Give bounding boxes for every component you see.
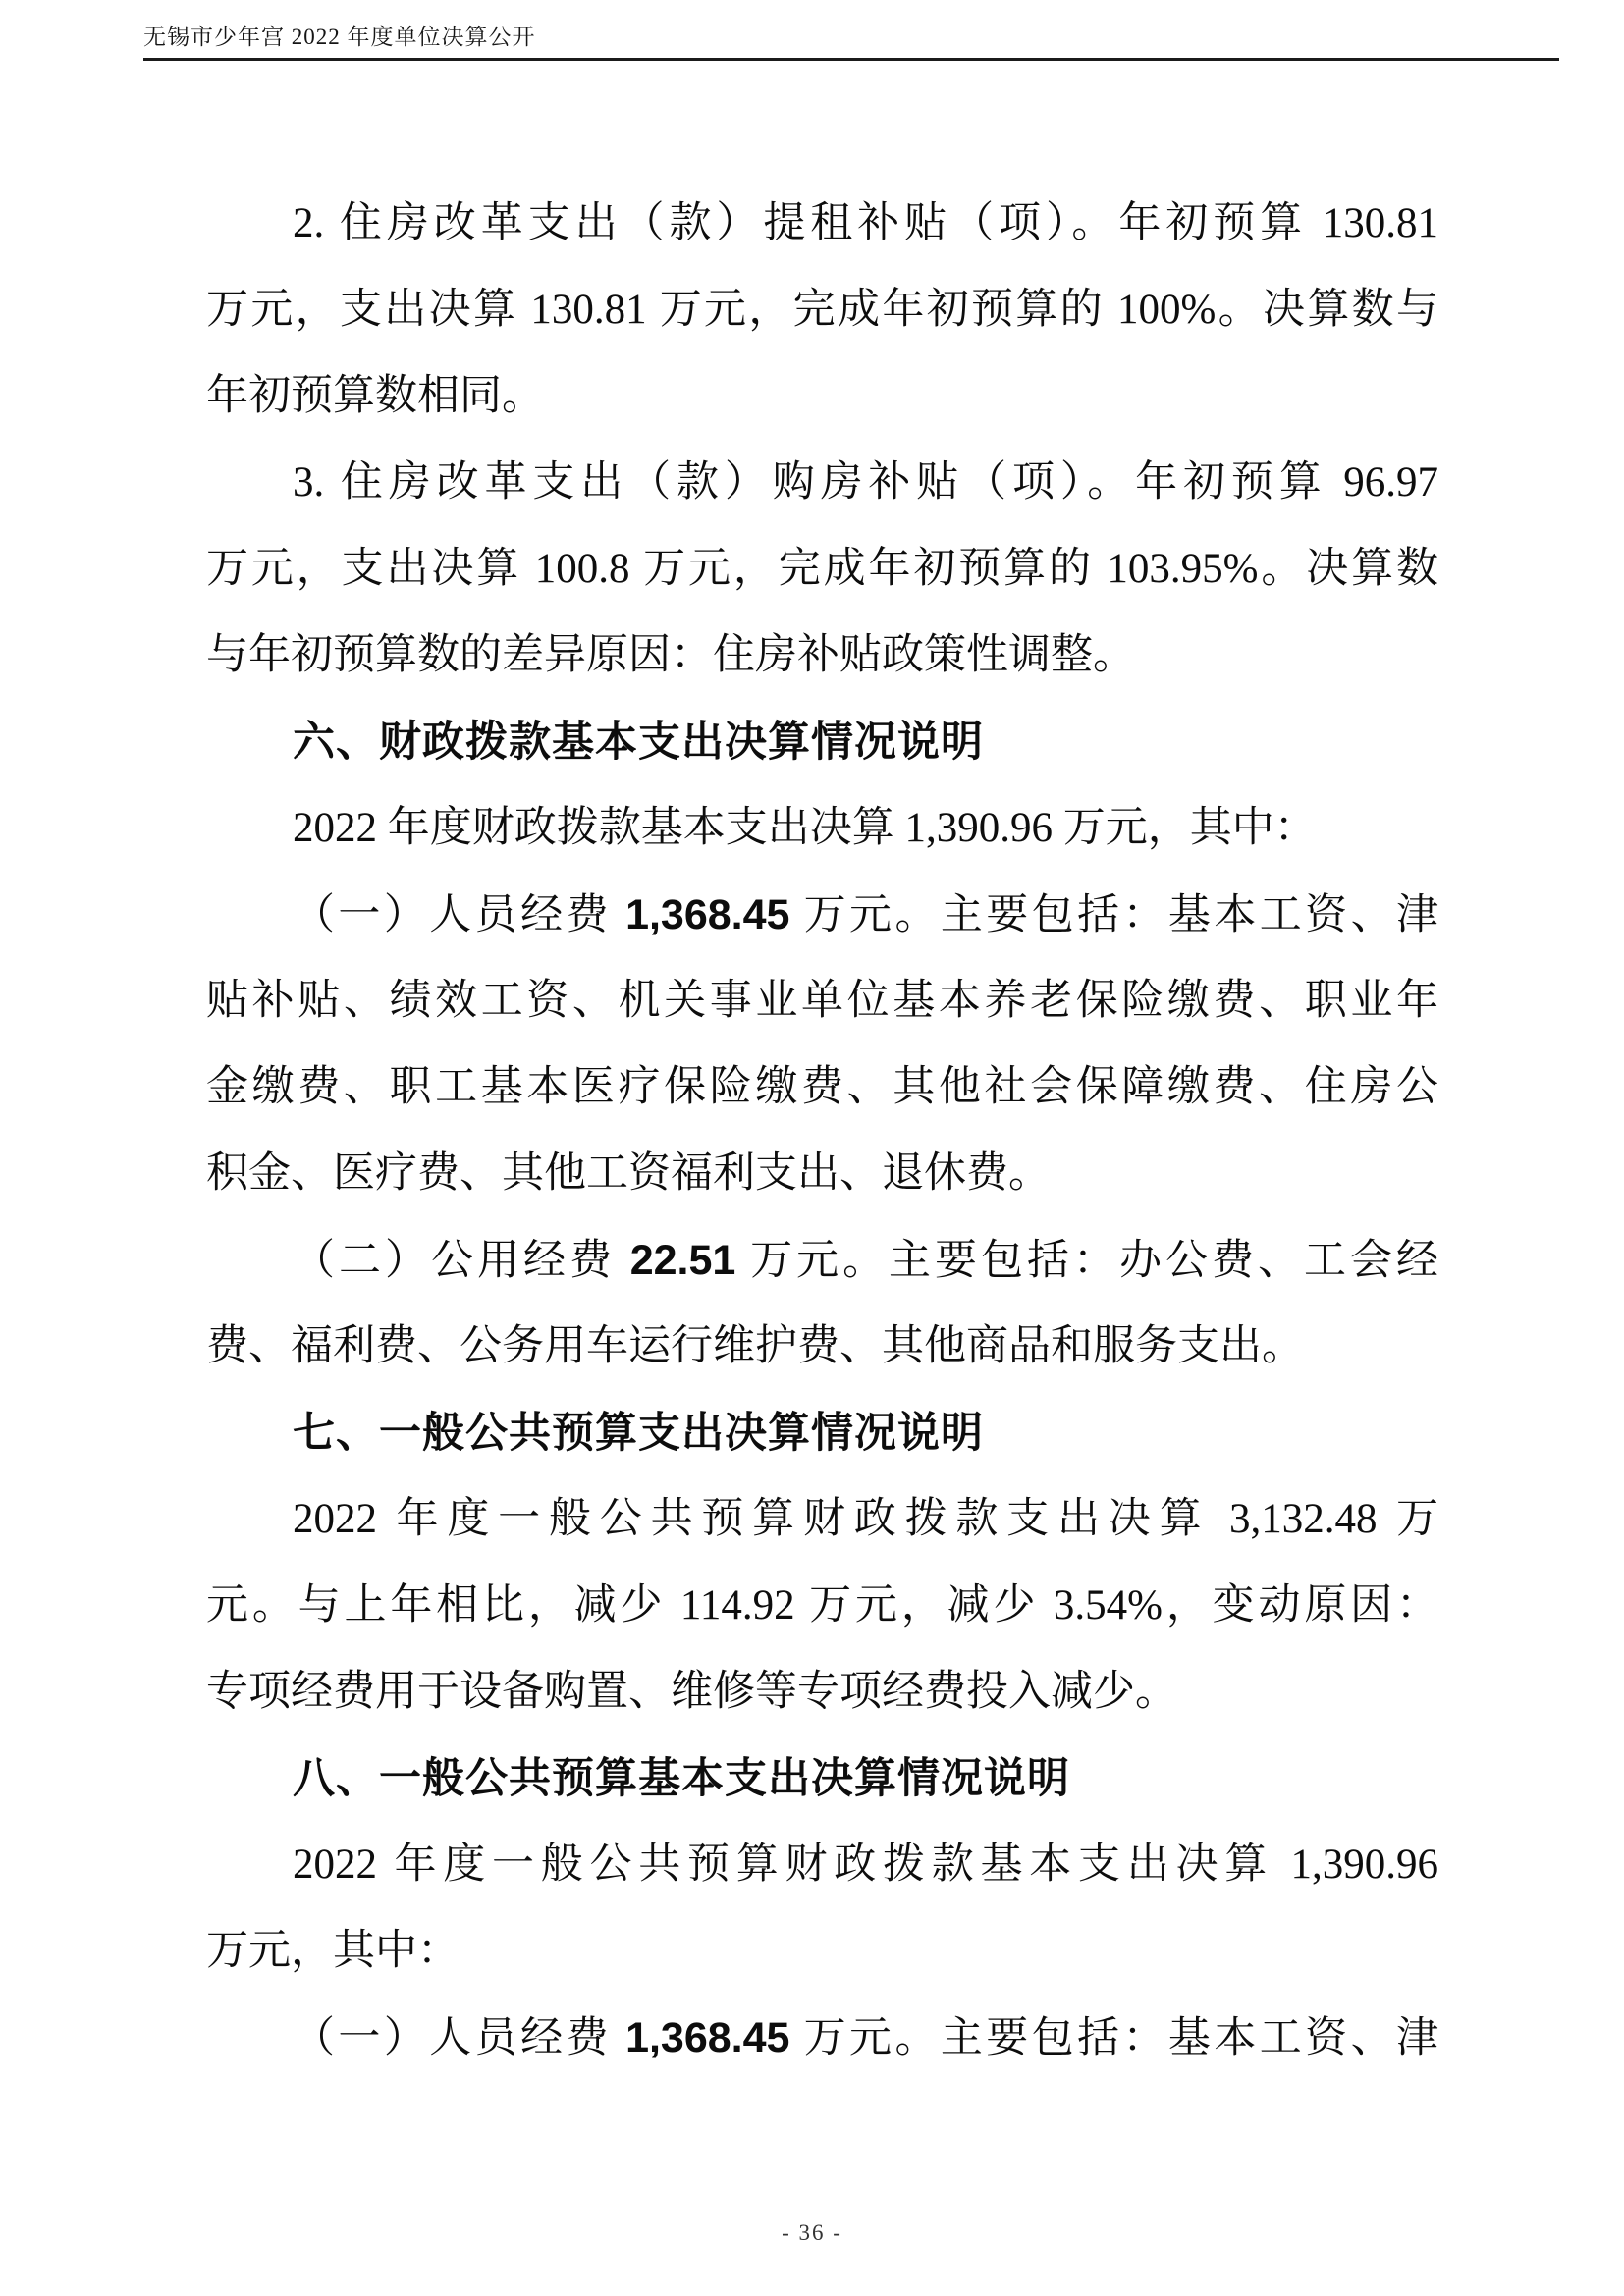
text-run: 积金、医疗费、其他工资福利支出、退休费。 xyxy=(206,1150,1051,1197)
page-header: 无锡市少年宫 2022 年度单位决算公开 xyxy=(143,26,1559,61)
text-run: 年初预算数相同。 xyxy=(206,373,544,419)
paragraph-line: 万元，支出决算 100.8 万元，完成年初预算的 103.95%。决算数 xyxy=(206,526,1438,613)
paragraph-line: 费、福利费、公务用车运行维护费、其他商品和服务支出。 xyxy=(206,1304,1438,1390)
paragraph-line: 2022 年度财政拨款基本支出决算 1,390.96 万元，其中： xyxy=(206,785,1438,872)
paragraph-line: 2. 住房改革支出（款）提租补贴（项）。年初预算 130.81 xyxy=(206,181,1438,267)
text-run: 金缴费、职工基本医疗保险缴费、其他社会保障缴费、住房公 xyxy=(206,1064,1438,1110)
section-heading: 八、一般公共预算基本支出决算情况说明 xyxy=(206,1735,1438,1822)
document-page: 无锡市少年宫 2022 年度单位决算公开 2. 住房改革支出（款）提租补贴（项）… xyxy=(0,0,1624,2296)
section-heading: 七、一般公共预算支出决算情况说明 xyxy=(206,1390,1438,1476)
page-number: - 36 - xyxy=(0,2220,1624,2246)
paragraph-line: 万元，其中： xyxy=(206,1908,1438,1995)
text-run: 费、福利费、公务用车运行维护费、其他商品和服务支出。 xyxy=(206,1323,1304,1369)
text-run: （二）公用经费 xyxy=(293,1238,630,1284)
text-run: 七、一般公共预算支出决算情况说明 xyxy=(293,1410,984,1457)
text-run: 万元。主要包括：基本工资、津 xyxy=(789,2015,1438,2061)
paragraph-line: 3. 住房改革支出（款）购房补贴（项）。年初预算 96.97 xyxy=(206,440,1438,526)
paragraph-line: 贴补贴、绩效工资、机关事业单位基本养老保险缴费、职业年 xyxy=(206,958,1438,1044)
paragraph-line: （一）人员经费 1,368.45 万元。主要包括：基本工资、津 xyxy=(206,1995,1438,2081)
text-run: 六、财政拨款基本支出决算情况说明 xyxy=(293,719,984,766)
page-header-title: 无锡市少年宫 2022 年度单位决算公开 xyxy=(143,26,1559,48)
text-run: 万元。主要包括：办公费、工会经 xyxy=(735,1238,1438,1284)
text-run: 万元，其中： xyxy=(206,1928,460,1974)
paragraph-line: 金缴费、职工基本医疗保险缴费、其他社会保障缴费、住房公 xyxy=(206,1044,1438,1131)
text-run: 2022 年度一般公共预算财政拨款基本支出决算 1,390.96 xyxy=(293,1842,1438,1888)
paragraph-line: （二）公用经费 22.51 万元。主要包括：办公费、工会经 xyxy=(206,1217,1438,1304)
text-run: （一）人员经费 xyxy=(293,2015,625,2061)
document-body: 2. 住房改革支出（款）提租补贴（项）。年初预算 130.81万元，支出决算 1… xyxy=(206,181,1438,2081)
paragraph-line: 2022 年度一般公共预算财政拨款支出决算 3,132.48 万 xyxy=(206,1476,1438,1563)
text-run: 八、一般公共预算基本支出决算情况说明 xyxy=(293,1755,1070,1802)
paragraph-line: 元。与上年相比，减少 114.92 万元，减少 3.54%，变动原因： xyxy=(206,1563,1438,1649)
text-run: 2022 年度财政拨款基本支出决算 1,390.96 万元，其中： xyxy=(293,805,1317,851)
paragraph-line: 万元，支出决算 130.81 万元，完成年初预算的 100%。决算数与 xyxy=(206,267,1438,353)
text-run: 2022 年度一般公共预算财政拨款支出决算 3,132.48 万 xyxy=(293,1496,1438,1542)
paragraph-line: 年初预算数相同。 xyxy=(206,353,1438,440)
text-run: 2. 住房改革支出（款）提租补贴（项）。年初预算 130.81 xyxy=(293,200,1438,246)
text-run: 专项经费用于设备购置、维修等专项经费投入减少。 xyxy=(206,1669,1177,1715)
text-run: 万元。主要包括：基本工资、津 xyxy=(789,892,1438,938)
text-run: 与年初预算数的差异原因：住房补贴政策性调整。 xyxy=(206,632,1135,678)
paragraph-line: 积金、医疗费、其他工资福利支出、退休费。 xyxy=(206,1131,1438,1217)
paragraph-line: 与年初预算数的差异原因：住房补贴政策性调整。 xyxy=(206,613,1438,699)
text-run: 万元，支出决算 100.8 万元，完成年初预算的 103.95%。决算数 xyxy=(206,546,1438,592)
bold-amount: 1,368.45 xyxy=(625,2014,789,2061)
section-heading: 六、财政拨款基本支出决算情况说明 xyxy=(206,699,1438,785)
text-run: 元。与上年相比，减少 114.92 万元，减少 3.54%，变动原因： xyxy=(206,1582,1438,1629)
bold-amount: 1,368.45 xyxy=(625,891,789,938)
text-run: （一）人员经费 xyxy=(293,892,625,938)
bold-amount: 22.51 xyxy=(630,1237,736,1284)
paragraph-line: （一）人员经费 1,368.45 万元。主要包括：基本工资、津 xyxy=(206,872,1438,958)
text-run: 贴补贴、绩效工资、机关事业单位基本养老保险缴费、职业年 xyxy=(206,978,1438,1024)
text-run: 万元，支出决算 130.81 万元，完成年初预算的 100%。决算数与 xyxy=(206,287,1438,333)
text-run: 3. 住房改革支出（款）购房补贴（项）。年初预算 96.97 xyxy=(293,459,1438,506)
paragraph-line: 专项经费用于设备购置、维修等专项经费投入减少。 xyxy=(206,1649,1438,1735)
paragraph-line: 2022 年度一般公共预算财政拨款基本支出决算 1,390.96 xyxy=(206,1822,1438,1908)
